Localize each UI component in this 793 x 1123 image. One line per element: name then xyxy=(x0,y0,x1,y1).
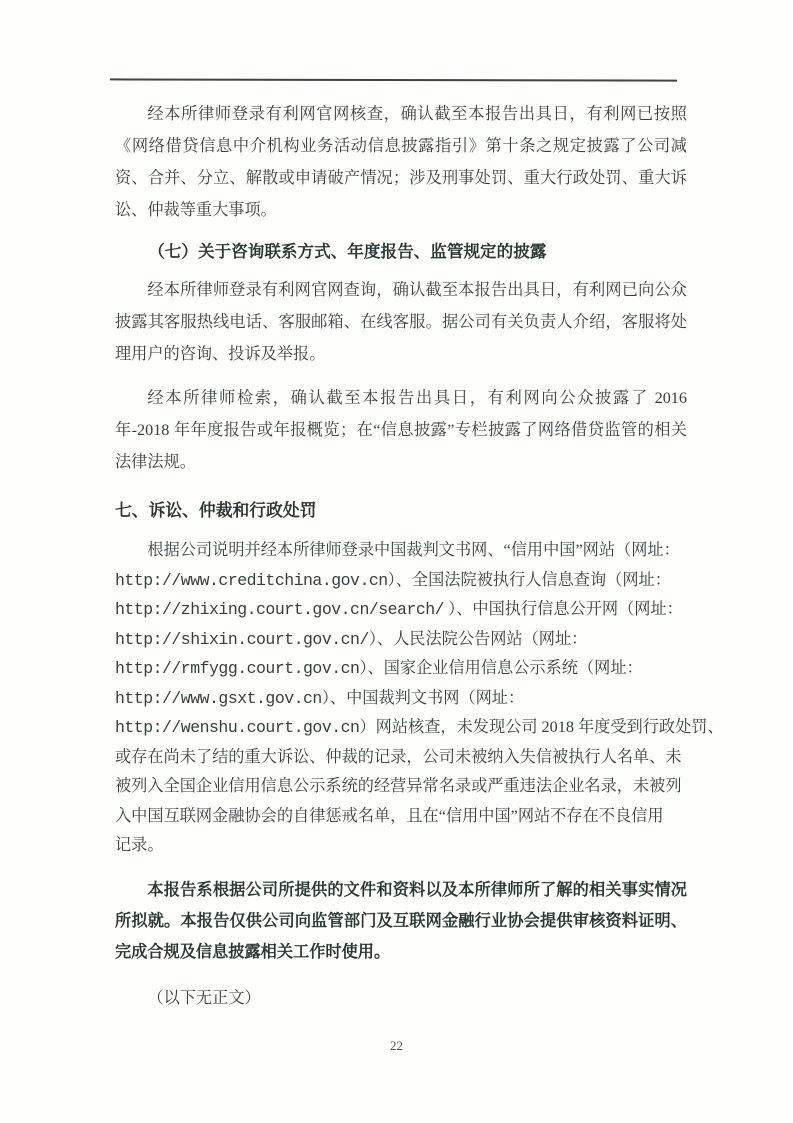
header-rule xyxy=(110,78,677,81)
cjk-text: ）、中国执行信息公开网（网址： xyxy=(444,600,683,618)
cjk-text: 或存在尚未了结的重大诉讼、仲裁的记录，公司未被纳入失信被执行人名单、未 xyxy=(115,748,682,766)
cjk-text: ）、国家企业信用信息公示系统（网址： xyxy=(359,659,642,677)
paragraph-annual-reports: 经本所律师检索，确认截至本报告出具日，有利网向公众披露了 2016 年-2018… xyxy=(115,382,687,478)
page-number: 22 xyxy=(0,1038,793,1054)
document-body: 经本所律师登录有利网官网核查，确认截至本报告出具日，有利网已按照《网络借贷信息中… xyxy=(115,98,687,1014)
litigation-line: http://zhixing.court.gov.cn/search/ ）、中国… xyxy=(115,595,687,625)
cjk-text: ）、全国法院被执行人信息查询（网址： xyxy=(388,571,671,589)
litigation-line: 或存在尚未了结的重大诉讼、仲裁的记录，公司未被纳入失信被执行人名单、未 xyxy=(115,743,687,773)
cjk-text: 入中国互联网金融协会的自律惩戒名单，且在“信用中国”网站不存在不良信用 xyxy=(115,807,664,825)
litigation-line: http://wenshu.court.gov.cn）网站核查，未发现公司 20… xyxy=(115,713,687,743)
url-creditchina: http://www.creditchina.gov.cn xyxy=(115,571,388,590)
url-rmfygg: http://rmfygg.court.gov.cn xyxy=(115,659,359,678)
cjk-text: 记录。 xyxy=(115,836,164,854)
litigation-line: 被列入全国企业信用信息公示系统的经营异常名录或严重违法企业名录，未被列 xyxy=(115,772,687,802)
cjk-text: ）网站核查，未发现公司 2018 年度受到行政处罚、 xyxy=(359,718,723,736)
document-page: 经本所律师登录有利网官网核查，确认截至本报告出具日，有利网已按照《网络借贷信息中… xyxy=(0,0,793,1123)
cjk-text: ）、人民法院公告网站（网址： xyxy=(369,630,588,648)
paragraph-no-more-text: （以下无正文） xyxy=(115,982,687,1014)
paragraph-litigation-check: 根据公司说明并经本所律师登录中国裁判文书网、“信用中国”网站（网址： http:… xyxy=(115,536,687,861)
paragraph-report-usage-statement: 本报告系根据公司所提供的文件和资料以及本所律师所了解的相关事实情况所拟就。本报告… xyxy=(115,875,687,968)
paragraph-customer-service: 经本所律师登录有利网官网查询，确认截至本报告出具日，有利网已向公众披露其客服热线… xyxy=(115,274,687,370)
litigation-line: 入中国互联网金融协会的自律惩戒名单，且在“信用中国”网站不存在不良信用 xyxy=(115,802,687,832)
url-shixin: http://shixin.court.gov.cn/ xyxy=(115,630,369,649)
litigation-line: 根据公司说明并经本所律师登录中国裁判文书网、“信用中国”网站（网址： xyxy=(115,536,687,566)
paragraph-merger-disclosure: 经本所律师登录有利网官网核查，确认截至本报告出具日，有利网已按照《网络借贷信息中… xyxy=(115,98,687,226)
cjk-text: ）、中国裁判文书网（网址： xyxy=(322,689,524,707)
litigation-line: http://shixin.court.gov.cn/）、人民法院公告网站（网址… xyxy=(115,625,687,655)
litigation-line: http://www.gsxt.gov.cn）、中国裁判文书网（网址： xyxy=(115,684,687,714)
url-wenshu: http://wenshu.court.gov.cn xyxy=(115,718,359,737)
litigation-line: 记录。 xyxy=(115,831,687,861)
subheading-contact-disclosure: （七）关于咨询联系方式、年度报告、监管规定的披露 xyxy=(115,236,687,268)
cjk-text: 根据公司说明并经本所律师登录中国裁判文书网、“信用中国”网站（网址： xyxy=(147,541,679,559)
url-gsxt: http://www.gsxt.gov.cn xyxy=(115,689,322,708)
litigation-line: http://rmfygg.court.gov.cn）、国家企业信用信息公示系统… xyxy=(115,654,687,684)
litigation-line: http://www.creditchina.gov.cn）、全国法院被执行人信… xyxy=(115,566,687,596)
url-zhixing: http://zhixing.court.gov.cn/search/ xyxy=(115,600,444,619)
heading-litigation-arbitration: 七、诉讼、仲裁和行政处罚 xyxy=(115,495,687,527)
cjk-text: 被列入全国企业信用信息公示系统的经营异常名录或严重违法企业名录，未被列 xyxy=(115,777,682,795)
